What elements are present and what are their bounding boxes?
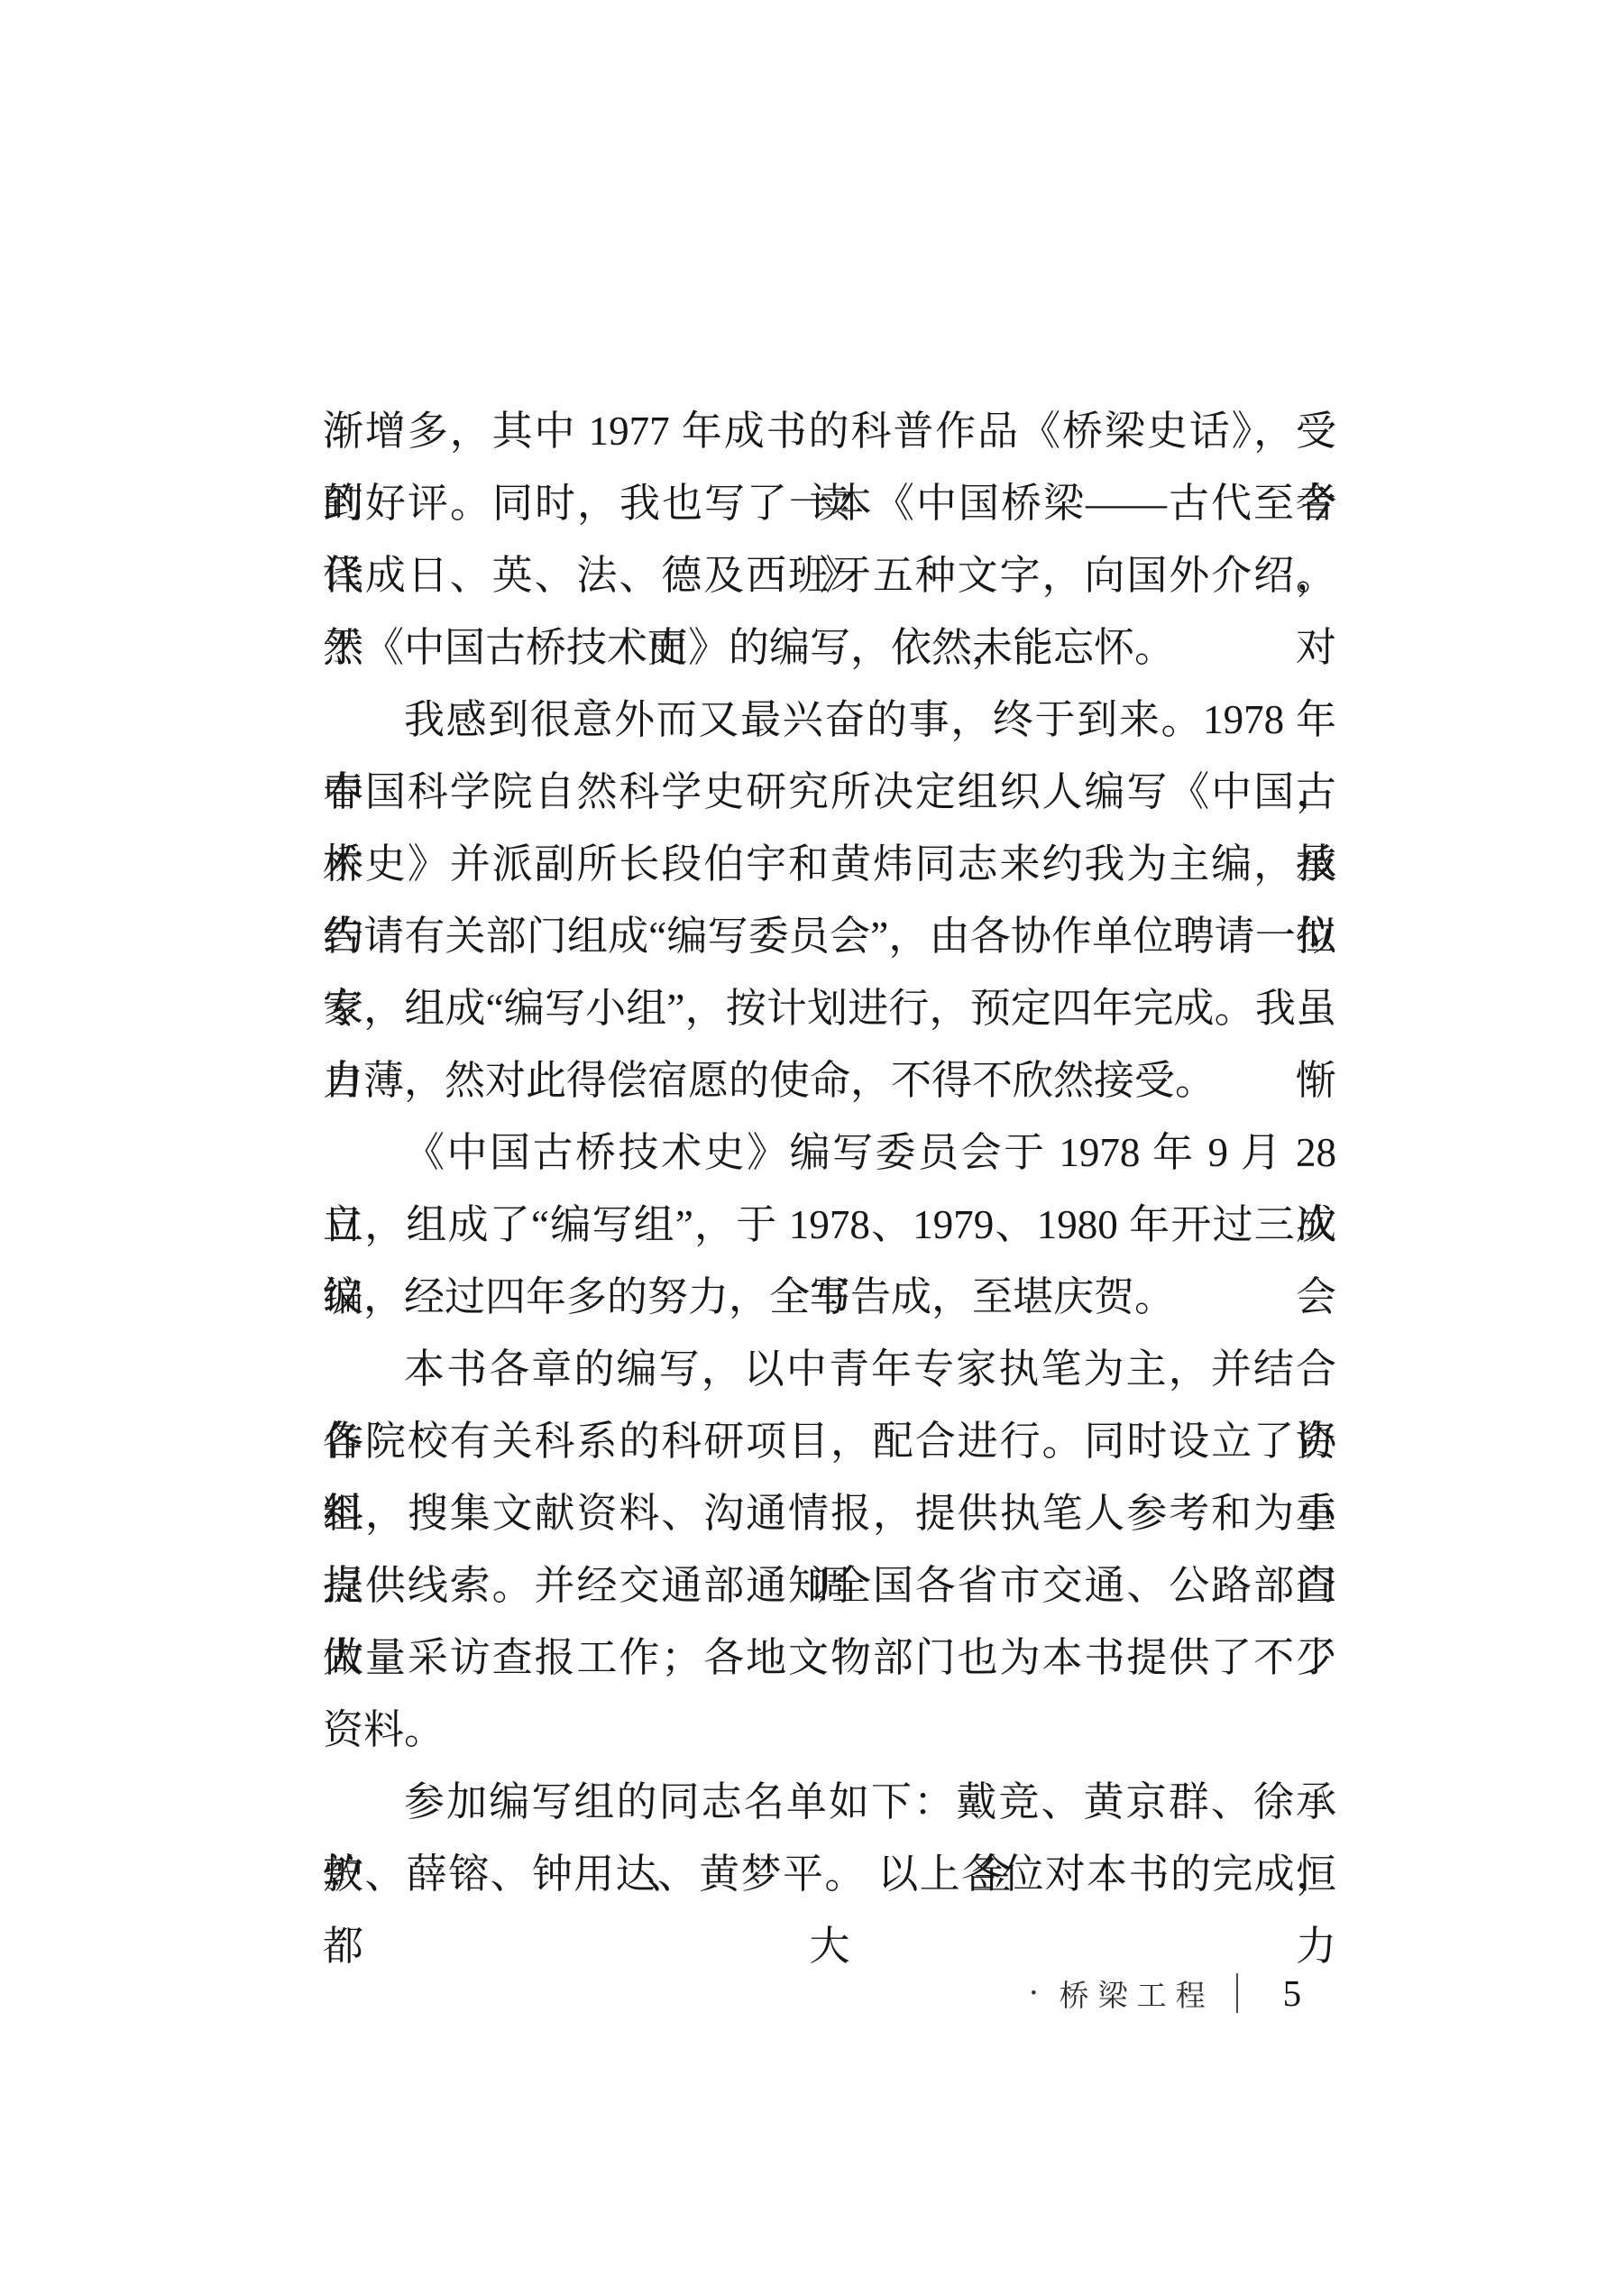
running-title: 桥梁工程 [1060,1972,1215,2015]
text-line: 我感到很意外而又最兴奋的事，终于到来。1978 年春， [323,684,1336,756]
text-line: 大量采访查报工作；各地文物部门也为本书提供了不少 [323,1622,1336,1694]
text-line: 约请有关部门组成“编写委员会”，由各协作单位聘请一位专 [323,900,1336,972]
text-line: 敦、薛镕、钟用达、黄梦平。 以上各位对本书的完成，都大力 [323,1838,1336,1910]
text-line: 家，组成“编写小组”，按计划进行，预定四年完成。我虽自惭 [323,972,1336,1044]
text-line: 《中国古桥技术史》编写委员会于 1978 年 9 月 28 日成 [323,1117,1336,1189]
page-body-text: 渐增多，其中 1977 年成书的科普作品《桥梁史话》，受到读者的好评。同时，我也… [323,395,1336,1910]
text-line: 提供线索。并经交通部通知全国各省市交通、公路部门做了 [323,1549,1336,1622]
text-line: 组，搜集文献资料、沟通情报，提供执笔人参考和为重点调查 [323,1477,1336,1549]
footer-divider [1236,1973,1238,2013]
text-line: 本书各章的编写，以中青年专家执笔为主，并结合各协 [323,1333,1336,1405]
text-line: 术史》并派副所长段伯宇和黄炜同志来约我为主编，承告拟 [323,828,1336,900]
text-line: 作院校有关科系的科研项目，配合进行。同时设立了资料小 [323,1405,1336,1477]
text-line: 渐增多，其中 1977 年成书的科普作品《桥梁史话》，受到读者 [323,395,1336,467]
text-line: 资料。 [323,1694,1336,1766]
text-line: 立，组成了“编写组”，于 1978、1979、1980 年开过三次编写会 [323,1189,1336,1261]
text-line: 的好评。同时，我也写了一本《中国桥梁——古代至今代》， [323,467,1336,539]
book-page: 渐增多，其中 1977 年成书的科普作品《桥梁史话》，受到读者的好评。同时，我也… [0,0,1624,2279]
page-footer: · 桥梁工程 5 [1028,1968,1301,2018]
text-line: 参加编写组的同志名单如下：戴竞、黄京群、徐承炉、金恒 [323,1766,1336,1838]
text-line: 译成日、英、法、德及西班牙五种文字，向国外介绍。然而，对 [323,539,1336,611]
text-line: 力薄，然对此得偿宿愿的使命，不得不欣然接受。 [323,1044,1336,1117]
text-line: 中国科学院自然科学史研究所决定组织人编写《中国古桥技 [323,756,1336,828]
footer-dot: · [1028,1973,1040,2013]
page-number: 5 [1283,1971,1302,2015]
